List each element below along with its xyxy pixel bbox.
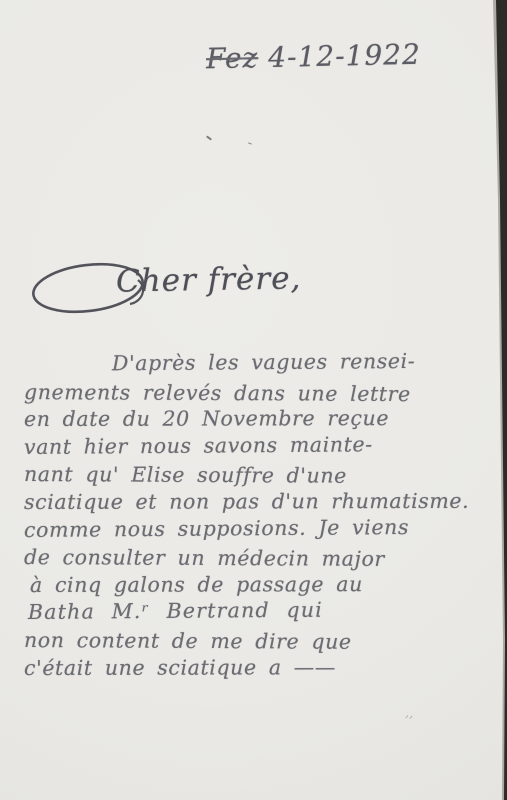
body-line: de consulter un médecin major [24, 545, 488, 575]
paper-speck [248, 142, 252, 144]
letter-page: Fez4-12-1922 Cher frère, D'après les vag… [0, 0, 507, 800]
body-line: en date du 20 Novembre reçue [24, 406, 488, 435]
stray-mark: ’’ [403, 713, 413, 729]
body-line: comme nous supposions. Je viens [24, 514, 488, 545]
dateline-place: Fez [206, 41, 259, 75]
dateline-date: 4-12-1922 [268, 38, 421, 74]
body-line: Batha M.ʳ Bertrand qui [24, 597, 488, 628]
body-line: vant hier nous savons mainte- [24, 431, 488, 462]
dateline: Fez4-12-1922 [206, 38, 421, 75]
letter-body: D'après les vagues rensei- gnements rele… [24, 352, 488, 683]
body-line: D'après les vagues rensei- [24, 348, 488, 379]
salutation-text: Cher frère, [116, 260, 302, 299]
body-line: c'était une sciatique a —— [24, 654, 488, 683]
paper-speck [206, 135, 212, 140]
body-line: sciatique et non pas d'un rhumatisme. [24, 489, 488, 518]
body-line: nant qu' Elise souffre d'une [24, 462, 488, 492]
body-line: non content de me dire que [24, 628, 488, 658]
